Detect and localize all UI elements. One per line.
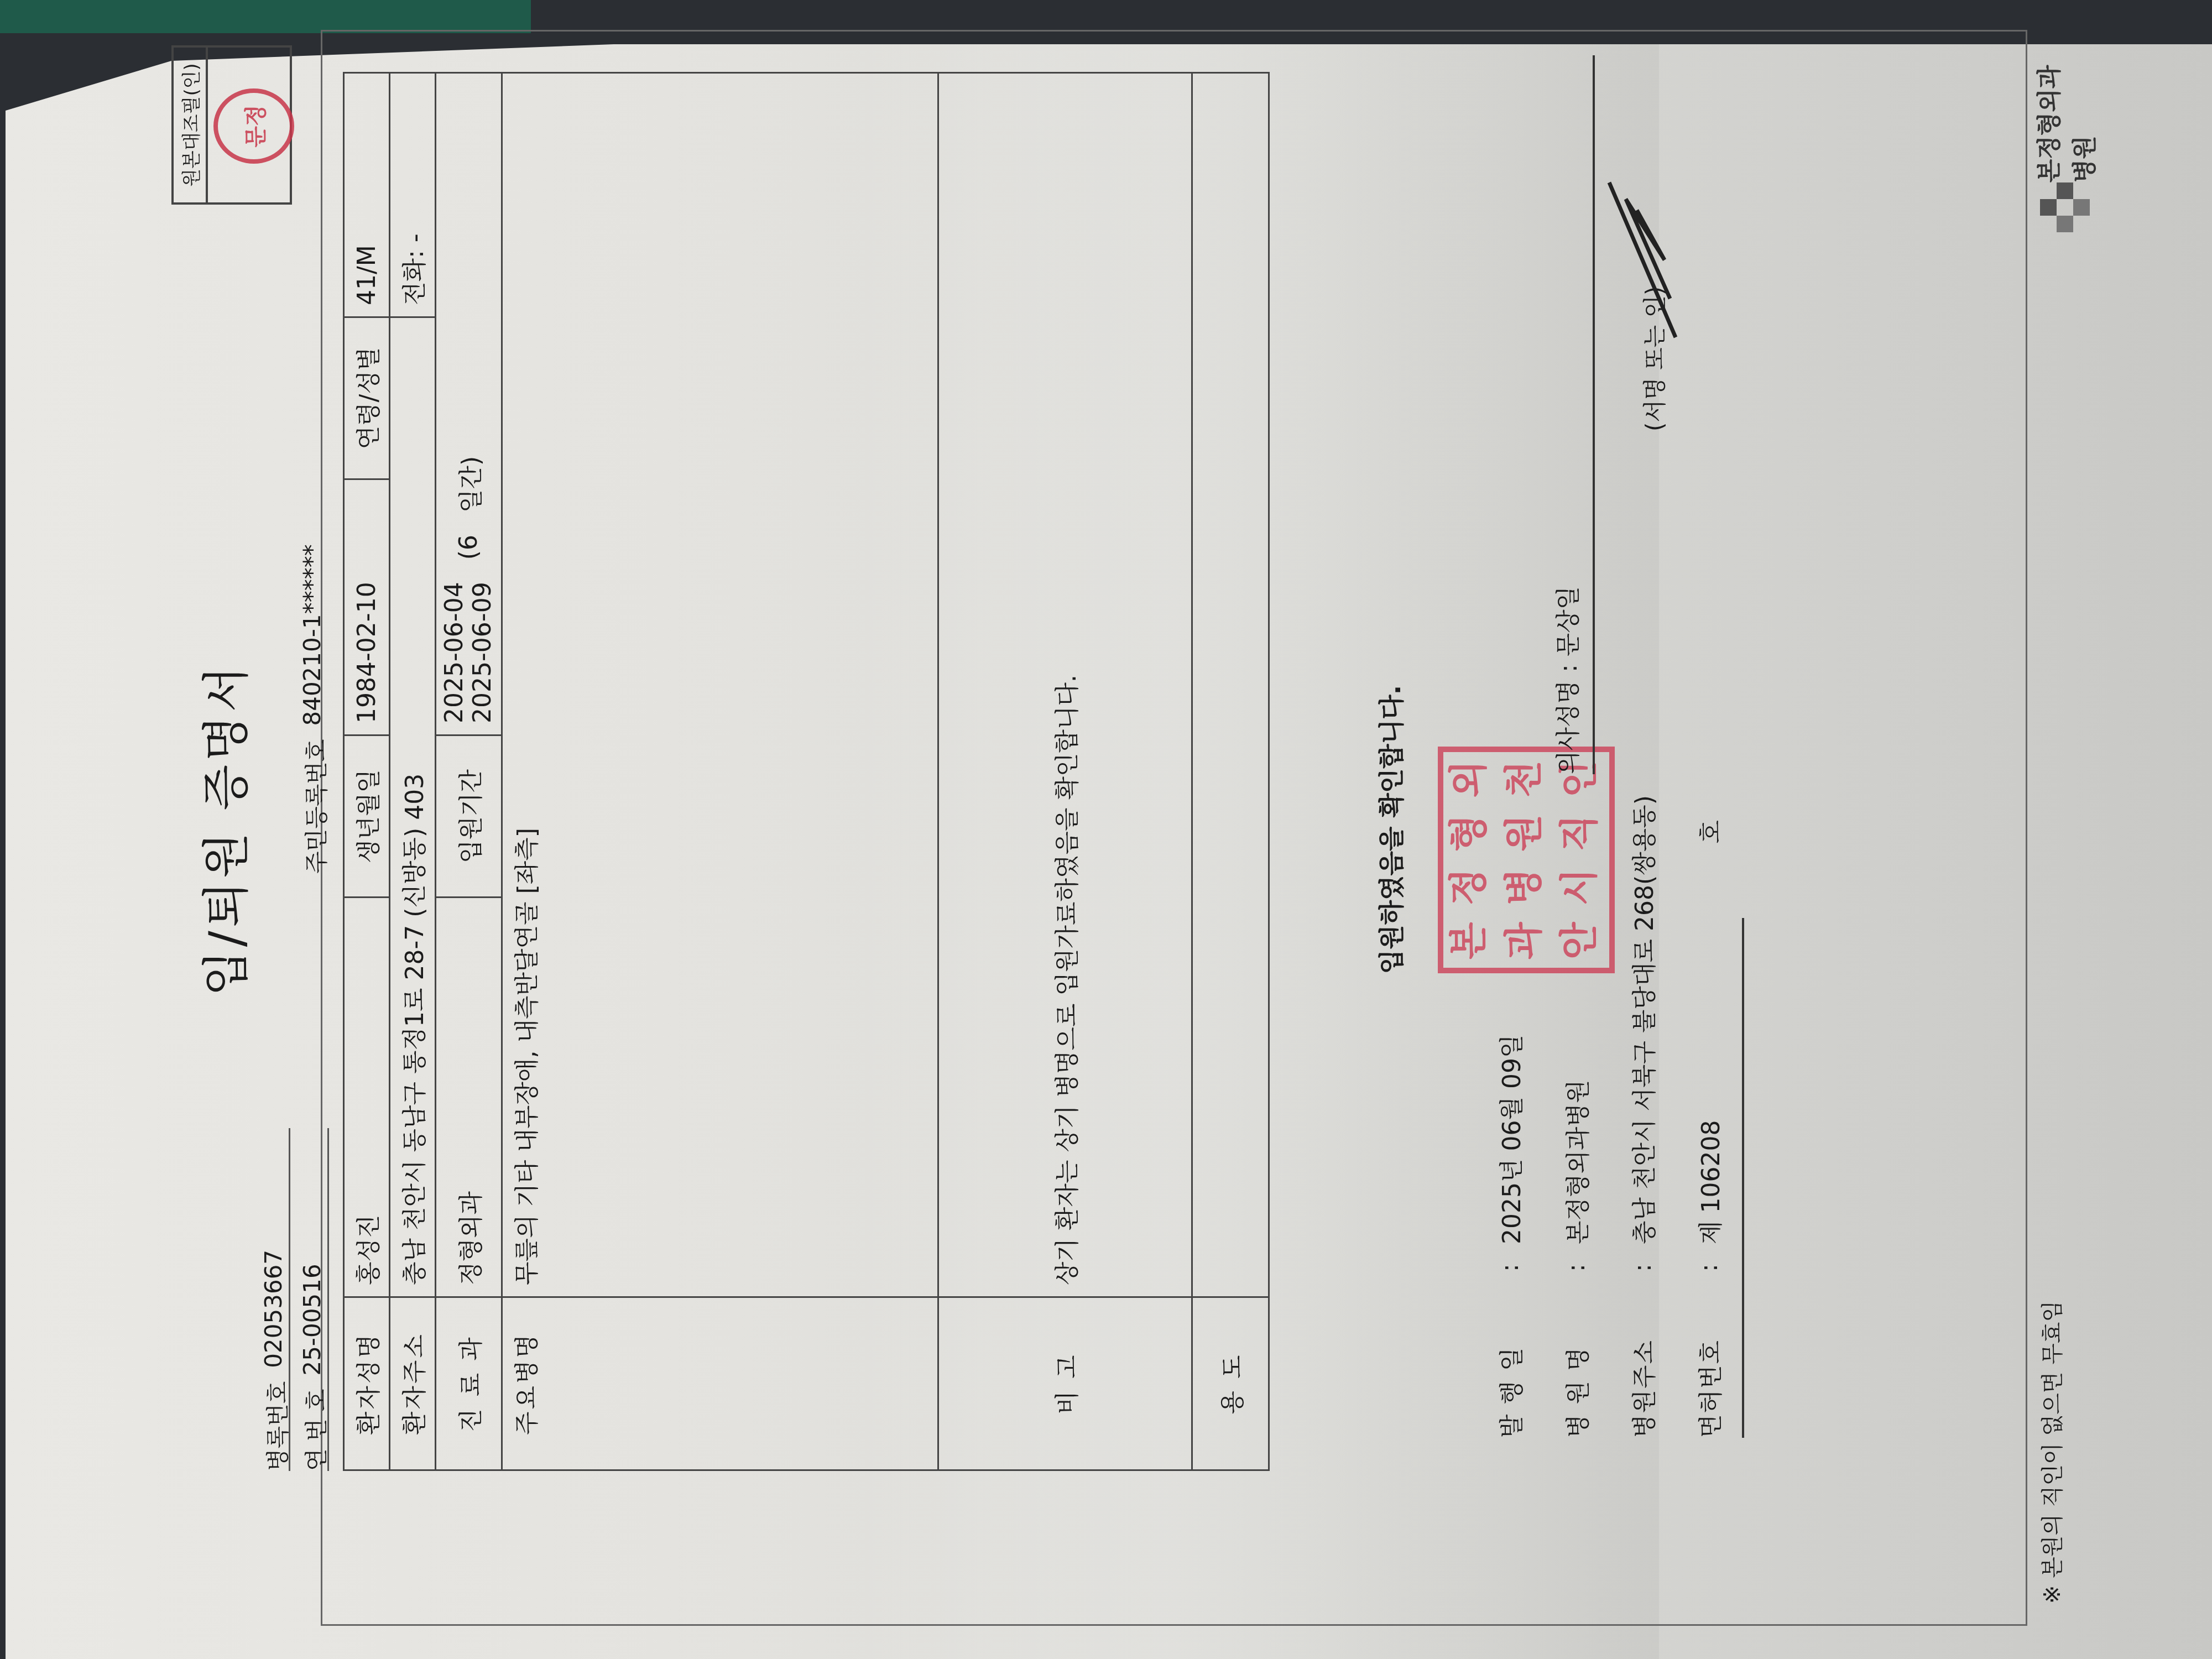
issue-date-row: 발 행 일 : 2025년 06월 09일 <box>1477 795 1543 1438</box>
hospital-name: 본정형외과병원 <box>1558 1079 1594 1244</box>
discharge-date: 2025-06-09 <box>469 582 497 723</box>
issue-info: 발 행 일 : 2025년 06월 09일 병 원 명 : 본정형외과병원 병원… <box>1477 795 1742 1438</box>
admit-date: 2025-06-04 <box>441 582 469 723</box>
admission-discharge-certificate: 원본대조필(인) 문정 입/퇴원 증명서 병록번호 02053667 연 번 호… <box>111 55 2101 1604</box>
department-label: 진 료 과 <box>436 1297 502 1470</box>
issue-date: 2025년 06월 09일 <box>1492 1035 1527 1244</box>
patient-address: 충남 천안시 동남구 통정1로 28-7 (신방동) 403 <box>390 317 436 1297</box>
signature-icon <box>1604 177 1681 343</box>
patient-name: 홍성진 <box>344 898 390 1297</box>
table-row: 용 도 <box>1192 73 1269 1470</box>
remarks: 상기 환자는 상기 병명으로 입원가료하였음을 확인합니다. <box>938 73 1192 1297</box>
certificate-table: 환자성명 홍성진 생년월일 1984-02-10 연령/성별 41/M 환자주소… <box>343 72 1270 1471</box>
license-number: 제 106208 <box>1691 1120 1726 1244</box>
desk-object <box>0 0 531 33</box>
hospital-address: 충남 천안시 서북구 불당대로 268(쌍용동) <box>1625 795 1660 1244</box>
record-number: 병록번호 02053667 <box>260 1250 293 1471</box>
admission-period: 2025-06-04 2025-06-09 (6 일간) <box>436 73 502 735</box>
doctor-name: 문상일 <box>1554 586 1583 657</box>
birth-label: 생년월일 <box>344 735 390 898</box>
doctor-underline <box>1593 55 1595 774</box>
resident-number: 주민등록번호 840210-1****** <box>299 544 332 874</box>
diagnosis: 무릎의 기타 내부장애, 내측반달연골 [좌측] <box>502 73 938 1297</box>
hospital-logo: 본정형외과병원 <box>2030 55 2100 232</box>
diagnosis-label: 주요병명 <box>502 1297 938 1470</box>
record-number-underline <box>289 1128 290 1471</box>
table-row: 주요병명 무릎의 기타 내부장애, 내측반달연골 [좌측] <box>502 73 938 1470</box>
license-underline <box>1742 918 1744 1438</box>
license-suffix: 호 <box>1691 820 1726 844</box>
doctor-name-row: 의사성명 : 문상일 <box>1548 586 1584 774</box>
logo-text: 본정형외과병원 <box>2030 55 2100 182</box>
department: 정형외과 <box>436 898 502 1297</box>
hospital-name-row: 병 원 명 : 본정형외과병원 <box>1543 795 1609 1438</box>
page-title: 입/퇴원 증명서 <box>188 55 257 1604</box>
footer-note: ※ 본원의 직인이 없으면 무효임 <box>2035 1301 2067 1604</box>
days-close: 일간) <box>451 456 487 513</box>
table-row: 환자주소 충남 천안시 동남구 통정1로 28-7 (신방동) 403 전화: … <box>390 73 436 1470</box>
confirmation-text: 입원하였음을 확인합니다. <box>1371 55 1408 1604</box>
license-row: 면허번호 : 제 106208 호 <box>1676 795 1742 1438</box>
age-sex-label: 연령/성별 <box>344 317 390 479</box>
serial-number: 연 번 호 25-00516 <box>299 1264 332 1471</box>
use-label: 용 도 <box>1192 1297 1269 1470</box>
address-label: 환자주소 <box>390 1297 436 1470</box>
age-sex: 41/M <box>344 73 390 317</box>
phone: 전화: - <box>390 73 436 317</box>
remarks-label: 비 고 <box>938 1297 1192 1470</box>
period-label: 입원기간 <box>436 735 502 898</box>
serial-number-underline <box>327 1128 329 1471</box>
hospital-address-row: 병원주소 : 충남 천안시 서북구 불당대로 268(쌍용동) <box>1609 795 1676 1438</box>
table-row: 진 료 과 정형외과 입원기간 2025-06-04 2025-06-09 (6… <box>436 73 502 1470</box>
cross-logo-icon <box>2040 194 2090 232</box>
birth-date: 1984-02-10 <box>344 479 390 735</box>
table-row: 환자성명 홍성진 생년월일 1984-02-10 연령/성별 41/M <box>344 73 390 1470</box>
table-row: 비 고 상기 환자는 상기 병명으로 입원가료하였음을 확인합니다. <box>938 73 1192 1470</box>
days-open: (6 <box>455 535 483 560</box>
patient-name-label: 환자성명 <box>344 1297 390 1470</box>
use <box>1192 73 1269 1297</box>
